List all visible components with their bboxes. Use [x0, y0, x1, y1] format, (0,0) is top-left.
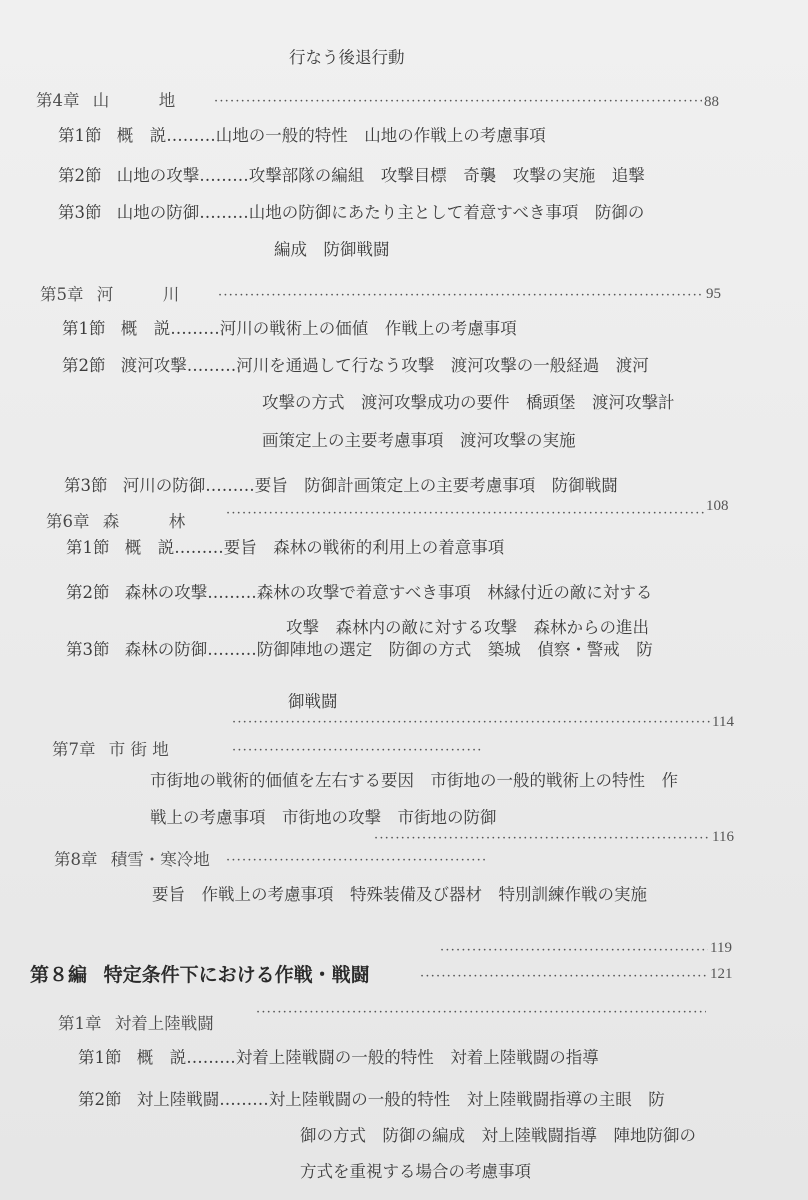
chapter-5: 第5章 河 川: [40, 285, 179, 305]
chapter-7-cont: 市街地の戦術的価値を左右する要因 市街地の一般的戦術上の特性 作: [150, 771, 678, 791]
section-5-1: 第1節 概 説………河川の戦術上の価値 作戦上の考慮事項: [62, 319, 517, 339]
section-1-2-cont: 御の方式 防御の編成 対上陸戦闘指導 陣地防御の: [300, 1126, 696, 1146]
section-6-1: 第1節 概 説………要旨 森林の戦術的利用上の着意事項: [66, 538, 504, 558]
section-5-2: 第2節 渡河攻撃………河川を通過して行なう攻撃 渡河攻撃の一般経過 渡河: [62, 356, 649, 376]
section-6-2: 第2節 森林の攻撃………森林の攻撃で着意すべき事項 林縁付近の敵に対する: [66, 583, 652, 603]
page-number: 108: [706, 496, 729, 516]
dot-leader: ········································…: [256, 1004, 706, 1024]
chapter-7-cont: 戦上の考慮事項 市街地の攻撃 市街地の防御: [150, 808, 497, 828]
section-5-3: 第3節 河川の防御………要旨 防御計画策定上の主要考慮事項 防御戦闘: [64, 476, 618, 496]
chapter-number: 第4章: [36, 91, 80, 110]
page-number: 95: [706, 284, 721, 304]
dot-leader: ········································…: [232, 742, 482, 762]
section-4-1: 第1節 概 説………山地の一般的特性 山地の作戦上の考慮事項: [58, 126, 546, 146]
dot-leader: ········································…: [374, 830, 710, 850]
chapter-title: 山 地: [93, 91, 176, 110]
dot-leader: ········································…: [214, 93, 702, 113]
dot-leader: ········································…: [440, 942, 708, 962]
chapter-6: 第6章 森 林: [46, 512, 185, 532]
section-1-2: 第2節 対上陸戦闘………対上陸戦闘の一般的特性 対上陸戦闘指導の主眼 防: [78, 1090, 665, 1110]
page-number: 119: [710, 938, 732, 958]
section-4-3: 第3節 山地の防御………山地の防御にあたり主として着意すべき事項 防御の: [58, 203, 644, 223]
part-8-heading: 第８編 特定条件下における作戦・戦闘: [30, 965, 370, 985]
section-4-3-cont: 編成 防御戦闘: [274, 240, 390, 260]
dot-leader: ········································…: [226, 505, 704, 525]
chapter-4: 第4章 山 地: [36, 91, 175, 111]
page-number: 121: [710, 964, 733, 984]
dot-leader: ········································…: [420, 968, 708, 988]
page-number: 88: [704, 92, 719, 112]
dot-leader: ········································…: [218, 287, 704, 307]
dot-leader: ········································…: [226, 852, 486, 872]
section-4-2: 第2節 山地の攻撃………攻撃部隊の編組 攻撃目標 奇襲 攻撃の実施 追撃: [58, 166, 645, 186]
page-number: 116: [712, 827, 734, 847]
continuation-line: 行なう後退行動: [289, 48, 405, 68]
chapter-8: 第8章 積雪・寒冷地: [54, 850, 210, 870]
chapter-8-cont: 要旨 作戦上の考慮事項 特殊装備及び器材 特別訓練作戦の実施: [152, 885, 647, 905]
chapter-1: 第1章 対着上陸戦闘: [58, 1014, 214, 1034]
dot-leader: ········································…: [232, 714, 710, 734]
section-5-2-cont: 攻撃の方式 渡河攻撃成功の要件 橋頭堡 渡河攻撃計: [262, 393, 675, 413]
chapter-7: 第7章 市 街 地: [52, 740, 169, 760]
page-number: 114: [712, 712, 734, 732]
section-1-2-cont: 方式を重視する場合の考慮事項: [300, 1162, 531, 1182]
section-6-3: 第3節 森林の防御………防御陣地の選定 防御の方式 築城 偵察・警戒 防: [66, 640, 653, 660]
section-5-2-cont: 画策定上の主要考慮事項 渡河攻撃の実施: [262, 431, 576, 451]
section-6-3-cont: 御戦闘: [288, 692, 338, 712]
section-6-2-cont: 攻撃 森林内の敵に対する攻撃 森林からの進出: [286, 618, 649, 638]
section-1-1: 第1節 概 説………対着上陸戦闘の一般的特性 対着上陸戦闘の指導: [78, 1048, 599, 1068]
